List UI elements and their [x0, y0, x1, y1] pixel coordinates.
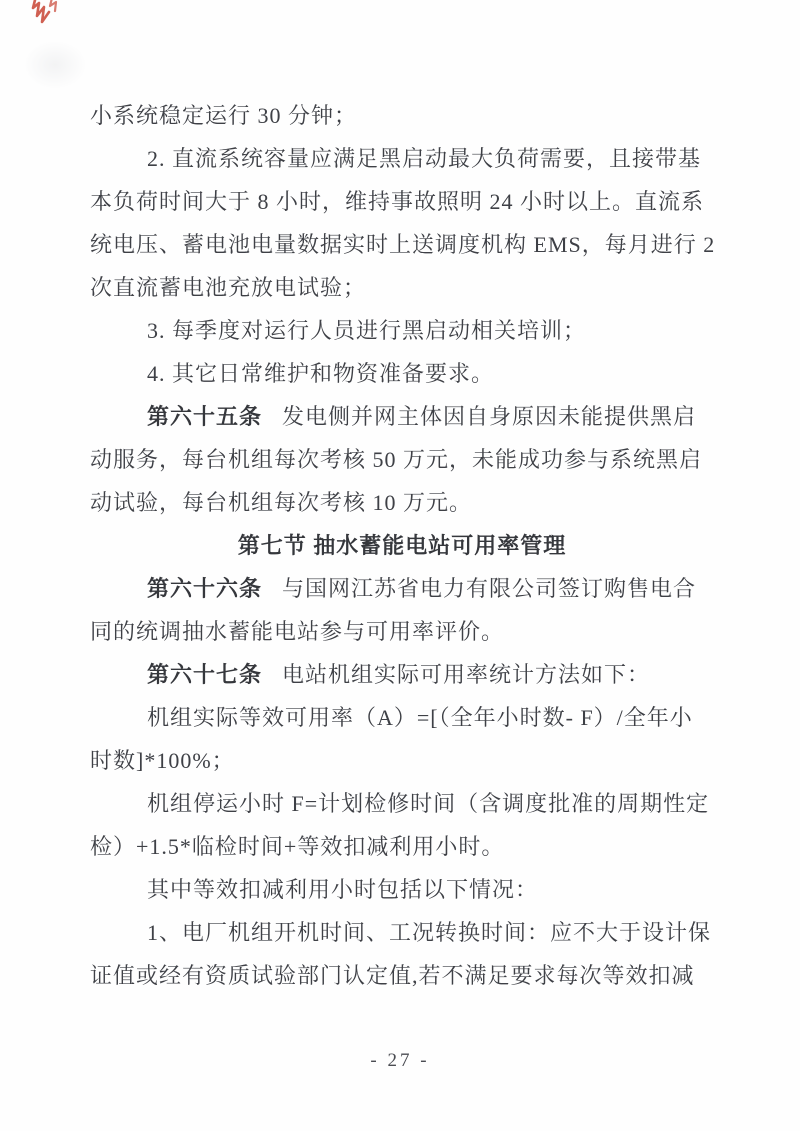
text-line: 2. 直流系统容量应满足黑启动最大负荷需要，且接带基 — [90, 137, 714, 180]
text-line: 第六十六条与国网江苏省电力有限公司签订购售电合 — [90, 567, 714, 610]
text-line: 3. 每季度对运行人员进行黑启动相关培训； — [90, 309, 714, 352]
text-line: 证值或经有资质试验部门认定值,若不满足要求每次等效扣减 — [90, 954, 714, 997]
article-text: 发电侧并网主体因自身原因未能提供黑启 — [282, 404, 696, 429]
text-line: 动服务，每台机组每次考核 50 万元，未能成功参与系统黑启 — [90, 438, 714, 481]
text-line: 4. 其它日常维护和物资准备要求。 — [90, 352, 714, 395]
text-line: 其中等效扣减利用小时包括以下情况： — [90, 868, 714, 911]
text-line: 次直流蓄电池充放电试验； — [90, 266, 714, 309]
page-number: - 27 - — [0, 1050, 800, 1072]
text-line: 动试验，每台机组每次考核 10 万元。 — [90, 481, 714, 524]
text-line: 1、电厂机组开机时间、工况转换时间：应不大于设计保 — [90, 911, 714, 954]
text-line: 第六十七条电站机组实际可用率统计方法如下： — [90, 653, 714, 696]
document-page: 小系统稳定运行 30 分钟；2. 直流系统容量应满足黑启动最大负荷需要，且接带基… — [0, 0, 800, 1131]
article-text: 与国网江苏省电力有限公司签订购售电合 — [282, 576, 696, 601]
text-line: 同的统调抽水蓄能电站参与可用率评价。 — [90, 610, 714, 653]
article-number-label: 第六十五条 — [147, 404, 262, 429]
article-text: 电站机组实际可用率统计方法如下： — [282, 662, 650, 687]
text-line: 机组实际等效可用率（A）=[（全年小时数- F）/全年小 — [90, 696, 714, 739]
text-line: 检）+1.5*临检时间+等效扣减利用小时。 — [90, 825, 714, 868]
red-pen-mark-icon — [22, 0, 82, 40]
text-line: 本负荷时间大于 8 小时，维持事故照明 24 小时以上。直流系 — [90, 180, 714, 223]
text-line: 第六十五条发电侧并网主体因自身原因未能提供黑启 — [90, 395, 714, 438]
text-line: 统电压、蓄电池电量数据实时上送调度机构 EMS，每月进行 2 — [90, 223, 714, 266]
text-line: 小系统稳定运行 30 分钟； — [90, 94, 714, 137]
article-number-label: 第六十七条 — [147, 662, 262, 687]
text-line: 第七节 抽水蓄能电站可用率管理 — [90, 524, 714, 567]
document-body: 小系统稳定运行 30 分钟；2. 直流系统容量应满足黑启动最大负荷需要，且接带基… — [90, 94, 714, 997]
article-number-label: 第六十六条 — [147, 576, 262, 601]
scan-smudge — [10, 30, 100, 100]
text-line: 机组停运小时 F=计划检修时间（含调度批准的周期性定 — [90, 782, 714, 825]
text-line: 时数]*100%； — [90, 739, 714, 782]
